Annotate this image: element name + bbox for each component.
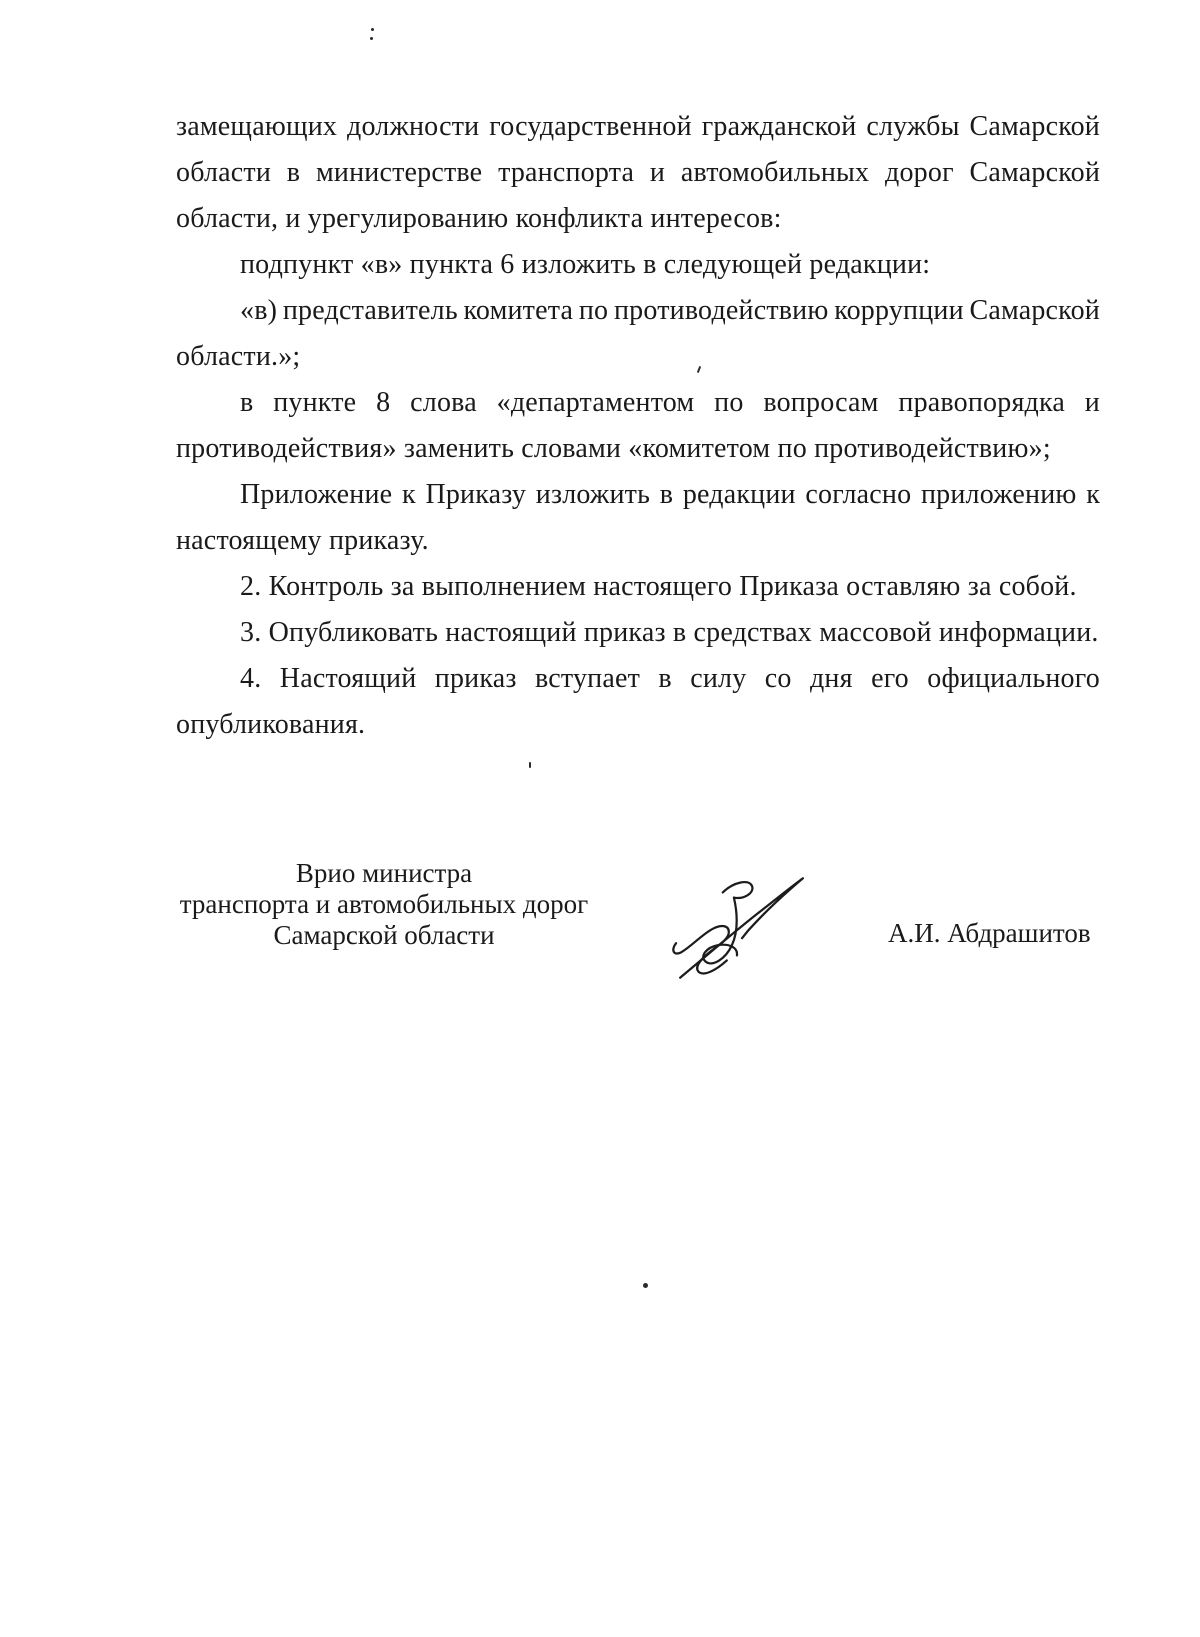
document-line: 3. Опубликовать настоящий приказ в средс… <box>176 610 1100 656</box>
signer-title-line: Самарской области <box>178 920 590 951</box>
document-page: замещающихдолжностигосударственнойгражда… <box>0 0 1200 1637</box>
document-line: области.»; <box>176 334 1100 380</box>
document-line: впункте8слова«департаментомповопросампра… <box>176 380 1100 426</box>
signee-name: А.И. Абдрашитов <box>888 918 1091 949</box>
signer-title-line: Врио министра <box>178 858 590 889</box>
signer-title-line: транспорта и автомобильных дорог <box>178 889 590 920</box>
document-line: подпункт «в» пункта 6 изложить в следующ… <box>176 242 1100 288</box>
document-line: замещающихдолжностигосударственнойгражда… <box>176 104 1100 150</box>
document-line: 2. Контроль за выполнением настоящего Пр… <box>176 564 1100 610</box>
document-line: опубликования. <box>176 702 1100 748</box>
document-body: замещающихдолжностигосударственнойгражда… <box>176 104 1100 748</box>
document-line: областивминистерстветранспортаиавтомобил… <box>176 150 1100 196</box>
document-line: области, и урегулированию конфликта инте… <box>176 196 1100 242</box>
document-line: противодействия» заменить словами «комит… <box>176 426 1100 472</box>
scan-artifact-dot <box>371 28 374 31</box>
document-line: 4.Настоящийприказвступаетвсилусодняегооф… <box>176 656 1100 702</box>
scan-artifact-speck <box>529 762 531 768</box>
scan-artifact-dot <box>643 1283 648 1288</box>
scan-artifact-dot <box>370 37 373 40</box>
document-line: «в)представителькомитетапопротиводействи… <box>176 288 1100 334</box>
document-line: ПриложениекПриказуизложитьвредакциисогла… <box>176 472 1100 518</box>
signature-icon <box>670 872 810 984</box>
document-line: настоящему приказу. <box>176 518 1100 564</box>
signer-title: Врио министра транспорта и автомобильных… <box>178 858 590 951</box>
